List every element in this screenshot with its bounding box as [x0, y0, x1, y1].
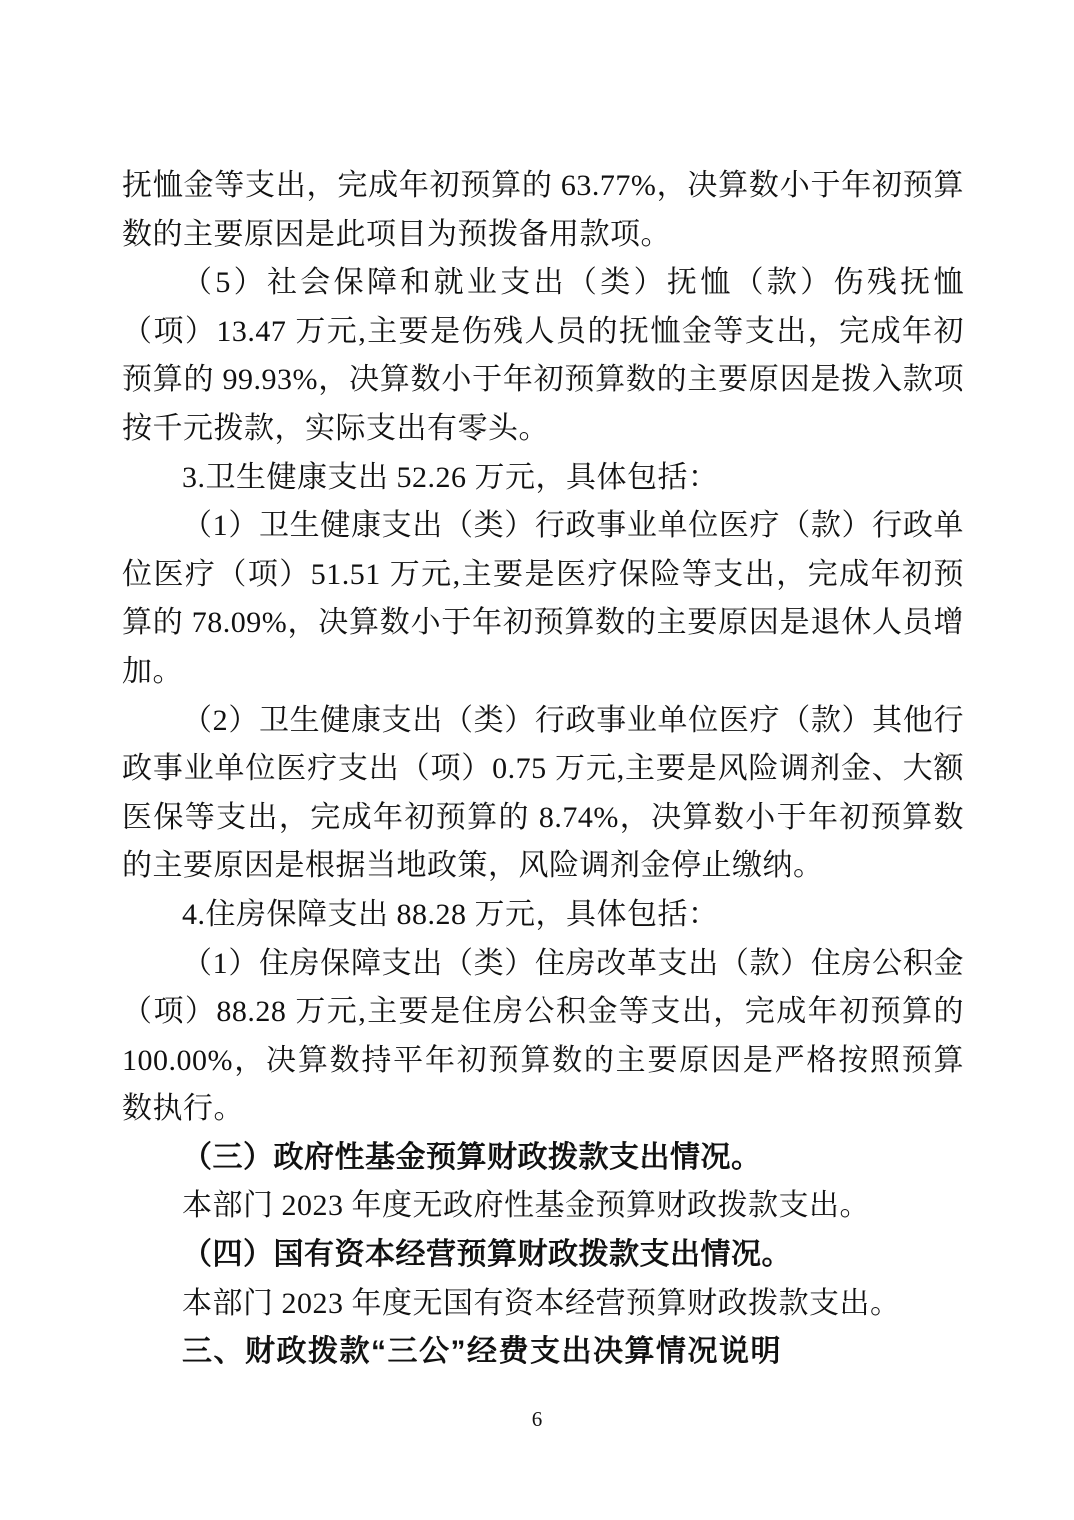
- paragraph-gov-fund-none: 本部门 2023 年度无政府性基金预算财政拨款支出。: [122, 1182, 964, 1231]
- paragraph-4-1-housing-provident-fund: （1）住房保障支出（类）住房改革支出（款）住房公积金（项）88.28 万元,主要…: [122, 940, 964, 1134]
- heading-section-4-state-capital-budget: （四）国有资本经营预算财政拨款支出情况。: [122, 1231, 964, 1280]
- heading-section-3-gov-fund-budget: （三）政府性基金预算财政拨款支出情况。: [122, 1134, 964, 1183]
- heading-three-public-expenses: 三、财政拨款“三公”经费支出决算情况说明: [122, 1328, 964, 1377]
- paragraph-3-health-expenditure: 3.卫生健康支出 52.26 万元，具体包括：: [122, 454, 964, 503]
- paragraph-4-housing-expenditure: 4.住房保障支出 88.28 万元，具体包括：: [122, 891, 964, 940]
- page-number: 6: [0, 1406, 1074, 1432]
- document-body: 抚恤金等支出，完成年初预算的 63.77%，决算数小于年初预算数的主要原因是此项…: [122, 162, 964, 1377]
- paragraph-3-1-admin-unit-medical: （1）卫生健康支出（类）行政事业单位医疗（款）行政单位医疗（项）51.51 万元…: [122, 502, 964, 696]
- paragraph-item-5-disability-pension: （5）社会保障和就业支出（类）抚恤（款）伤残抚恤（项）13.47 万元,主要是伤…: [122, 259, 964, 453]
- paragraph-3-2-other-admin-medical: （2）卫生健康支出（类）行政事业单位医疗（款）其他行政事业单位医疗支出（项）0.…: [122, 697, 964, 891]
- document-page: 抚恤金等支出，完成年初预算的 63.77%，决算数小于年初预算数的主要原因是此项…: [0, 0, 1074, 1520]
- paragraph-continued-pension-expense: 抚恤金等支出，完成年初预算的 63.77%，决算数小于年初预算数的主要原因是此项…: [122, 162, 964, 259]
- paragraph-state-capital-none: 本部门 2023 年度无国有资本经营预算财政拨款支出。: [122, 1280, 964, 1329]
